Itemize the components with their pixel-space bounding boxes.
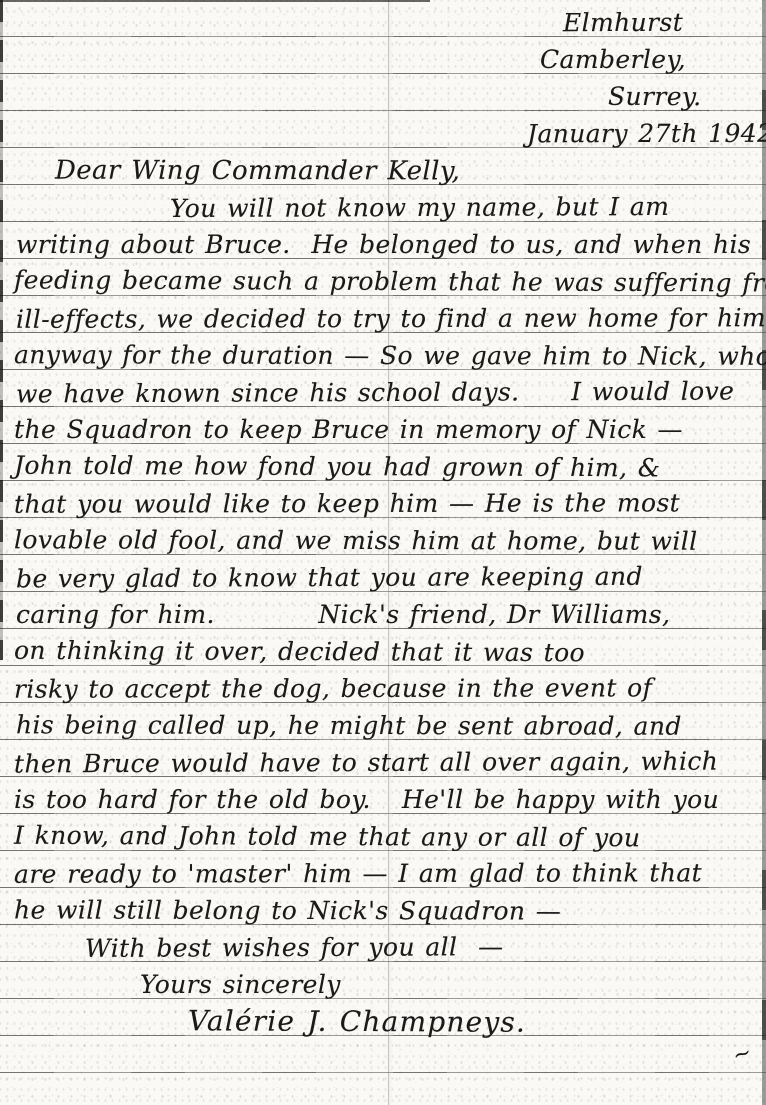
letter-line-signoff: Yours sincerely [140,969,341,1001]
letter-page: ~ ElmhurstCamberley,Surrey.January 27th … [0,0,766,1105]
letter-line-body: risky to accept the dog, because in the … [14,672,652,705]
letter-line-body: John told me how fond you had grown of h… [14,450,661,485]
letter-line-address: Camberley, [540,44,686,76]
letter-line-body: we have known since his school days. I w… [16,375,734,410]
letter-line-body: he will still belong to Nick's Squadron … [14,894,561,927]
letter-line-body: are ready to 'master' him — I am glad to… [14,857,702,890]
letter-line-body: then Bruce would have to start all over … [14,746,718,781]
letter-line-body: is too hard for the old boy. He'll be ha… [14,784,719,816]
letter-line-closing: With best wishes for you all — [85,931,504,965]
letter-line-body: his being called up, he might be sent ab… [16,709,682,742]
scan-edge-artifact-top [0,0,430,2]
stray-pen-mark: ~ [730,1040,755,1069]
letter-line-body: the Squadron to keep Bruce in memory of … [14,414,683,446]
letter-line-body: I know, and John told me that any or all… [14,820,640,855]
letter-line-date: January 27th 1942. [527,118,766,151]
letter-line-body: ill-effects, we decided to try to find a… [16,302,766,336]
letter-line-body: caring for him. Nick's friend, Dr Willia… [16,599,670,631]
letter-line-body: on thinking it over, decided that it was… [14,635,585,669]
letter-line-body: feeding became such a problem that he wa… [14,264,766,299]
letter-line-body: that you would like to keep him — He is … [14,487,680,520]
letter-line-body: anyway for the duration — So we gave him… [14,339,766,373]
letter-line-body: writing about Bruce. He belonged to us, … [16,229,751,261]
letter-line-salutation: Dear Wing Commander Kelly, [55,155,460,188]
letter-line-address: Surrey. [608,81,702,113]
scan-edge-artifact-right [762,0,766,1105]
letter-line-signature: Valérie J. Champneys. [188,1005,526,1038]
letter-line-address: Elmhurst [563,7,683,40]
letter-line-body: You will not know my name, but I am [170,191,669,225]
scan-edge-artifact-left [0,0,3,660]
letter-line-body: lovable old fool, and we miss him at hom… [14,524,698,557]
letter-line-body: be very glad to know that you are keepin… [16,561,643,596]
